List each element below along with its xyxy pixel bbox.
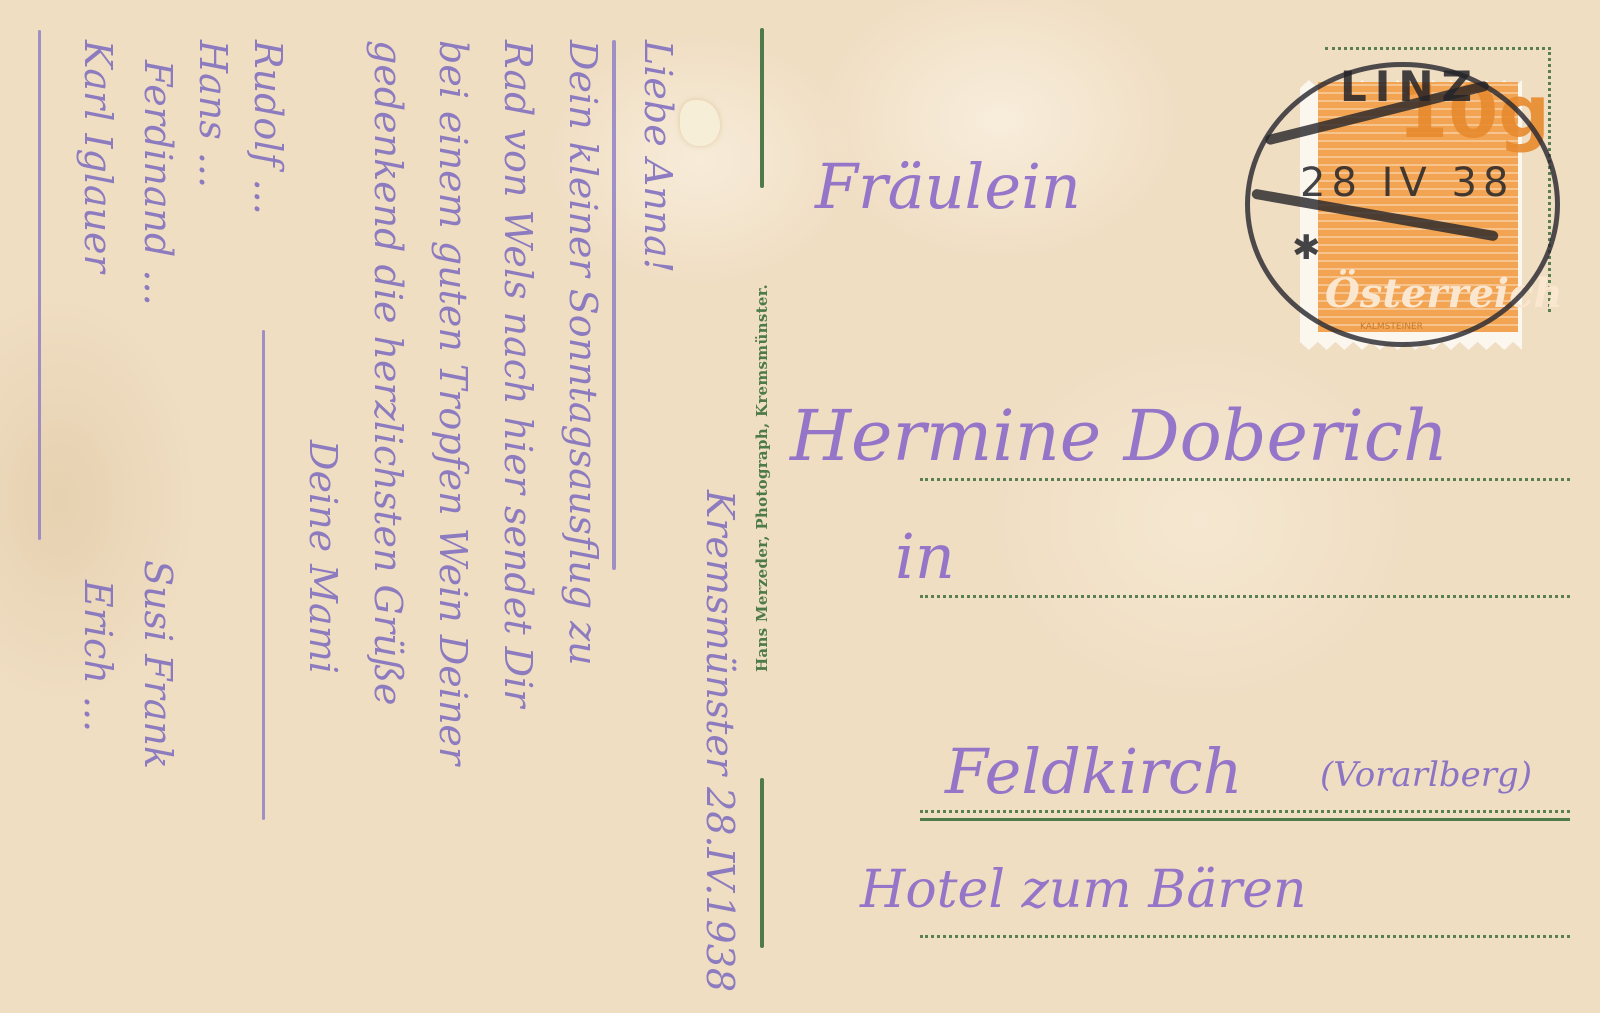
address-preposition: in xyxy=(895,520,955,593)
paper-damage xyxy=(680,100,720,146)
signature-underline xyxy=(38,30,41,540)
address-region: (Vorarlberg) xyxy=(1320,755,1532,795)
signature-5: Susi Frank xyxy=(136,560,180,769)
center-divider-top xyxy=(760,28,764,188)
message-line-5: Deine Mami xyxy=(301,440,345,674)
address-name: Hermine Doberich xyxy=(790,395,1448,477)
message-line-2: Rad von Wels nach hier sendet Dir xyxy=(496,40,540,707)
postmark-star-icon: ✱ xyxy=(1292,228,1321,268)
center-divider-bottom xyxy=(760,778,764,948)
publisher-imprint: Hans Merzeder, Photograph, Kremsmünster. xyxy=(753,284,771,672)
signature-3: Ferdinand ... xyxy=(136,60,180,306)
message-line-1: Dein kleiner Sonntagsausflug zu xyxy=(561,40,605,666)
address-line-3-underline xyxy=(920,818,1570,821)
address-line-1 xyxy=(920,478,1570,481)
greeting-underline xyxy=(612,40,616,570)
address-line-4 xyxy=(920,935,1570,938)
postcard-back: Hans Merzeder, Photograph, Kremsmünster.… xyxy=(0,0,1600,1013)
message-greeting: Liebe Anna! xyxy=(636,40,680,273)
signature-divider xyxy=(262,330,265,820)
signature-4: Karl Iglauer xyxy=(76,40,120,273)
message-line-3: bei einem guten Tropfen Wein Deiner xyxy=(431,40,475,765)
address-street: Hotel zum Bären xyxy=(860,860,1307,920)
address-line-3 xyxy=(920,810,1570,813)
postmark-date: 28 IV 38 xyxy=(1300,160,1514,206)
address-town: Feldkirch xyxy=(945,735,1243,808)
signature-1: Rudolf ... xyxy=(246,40,290,215)
message-place-date: Kremsmünster 28.IV.1938 xyxy=(698,490,742,992)
address-salutation: Fräulein xyxy=(815,150,1081,223)
signature-6: Erich ... xyxy=(76,580,120,732)
signature-2: Hans ... xyxy=(191,40,235,188)
message-line-4: gedenkend die herzlichsten Grüße xyxy=(366,40,410,705)
address-line-2 xyxy=(920,595,1570,598)
